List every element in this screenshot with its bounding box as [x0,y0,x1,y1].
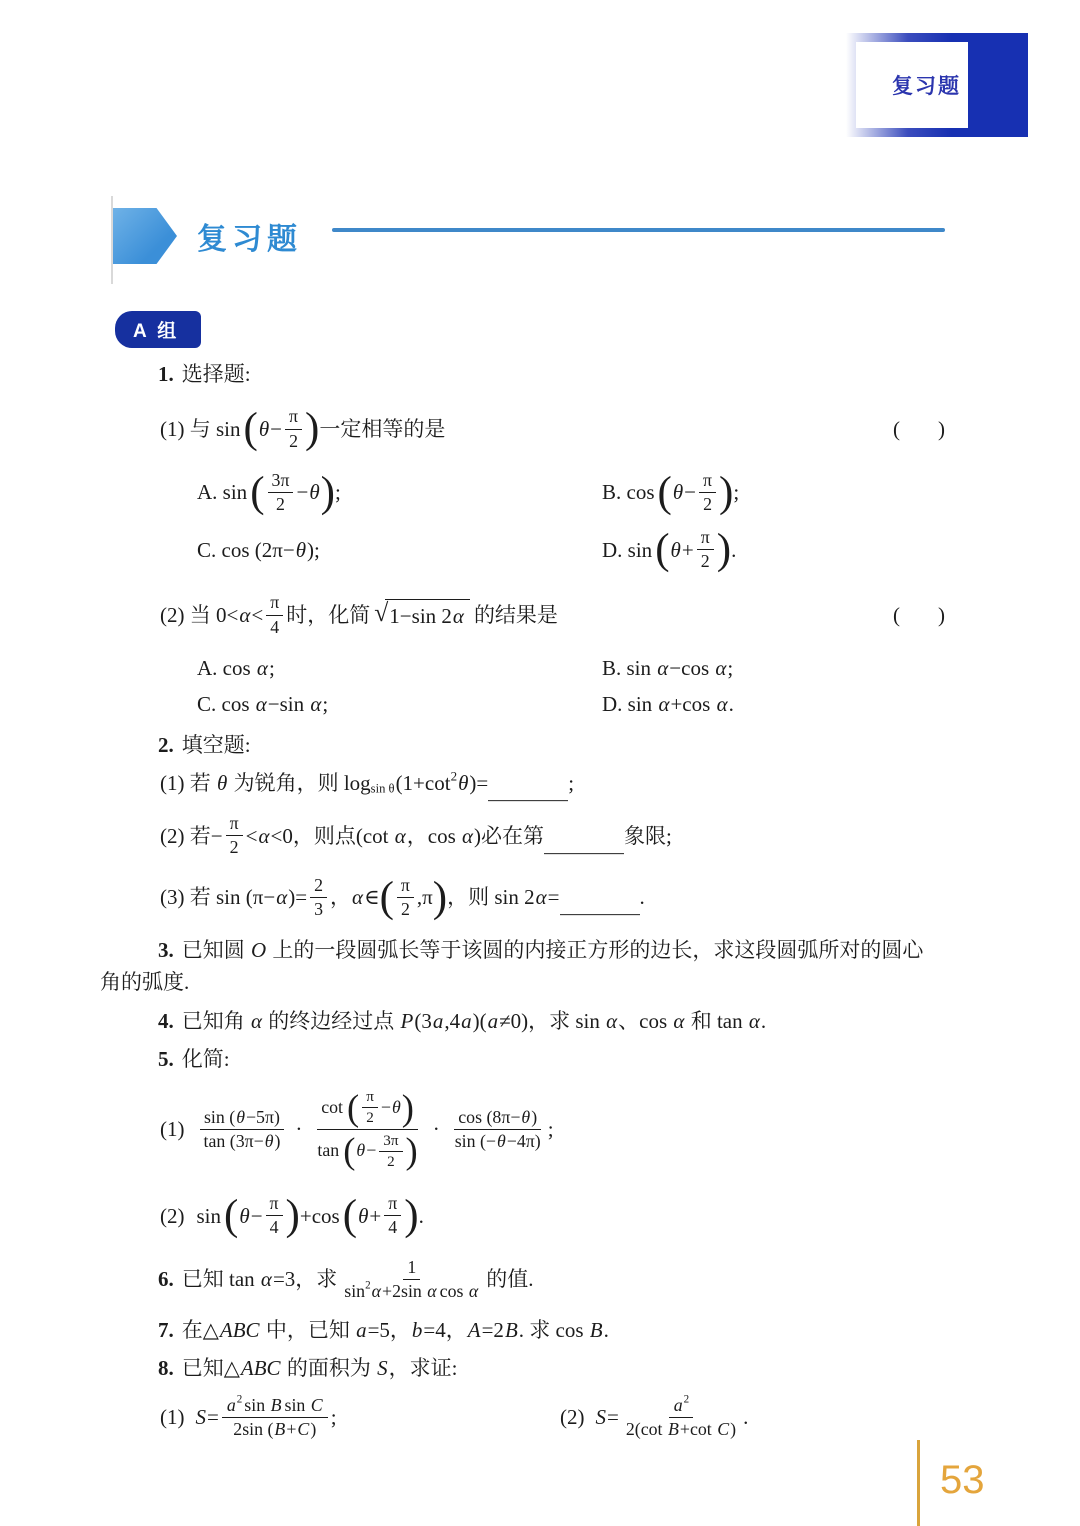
text-run: − [270,415,282,443]
math-variable: B [273,1418,286,1441]
fraction-numerator: cos (8π−θ) [454,1106,541,1130]
text-run: (2) [160,1202,185,1230]
text-run: 2 [401,898,410,921]
fraction-denominator: 2 [697,550,714,573]
problem-line: C. cos (2π−θ);D. sin(θ+π2). [100,525,945,574]
text-run: =3，求 [273,1265,337,1293]
math-variable: S [195,1403,208,1431]
text-run: − [684,478,696,506]
text-run: 2 [314,874,323,897]
math-fraction: 23 [310,874,327,921]
math-fraction: π2 [699,469,716,516]
text-run: + [286,1418,296,1441]
text-run: π [289,405,298,428]
text-run: − [251,1202,263,1230]
fraction-denominator: 2 [699,493,716,516]
text-run: (3) 若 sin (π− [160,883,275,911]
fraction-numerator: π [362,1087,378,1108]
problem-line: (1)sin (θ−5π)tan (3π−θ)·cot(π2−θ)tan(θ−3… [100,1085,945,1173]
fraction-denominator: 2 [397,898,414,921]
math-fraction: cot(π2−θ)tan(θ−3π2) [313,1086,421,1172]
problem-line: (2) 当 0<α<π4时，化简√1−sin 2α的结果是() [100,590,945,639]
math-fraction: 3π2 [379,1131,402,1171]
math-variable: B [667,1418,680,1441]
text-run: ) [938,415,945,443]
math-fraction: 3π2 [268,469,294,516]
fraction-denominator: sin2α+2sin αcos α [340,1280,483,1303]
math-variable: θ [308,478,320,506]
blank-underline [488,779,568,801]
text-run: · [433,1115,440,1143]
math-variable: θ [672,478,684,506]
arrow-right-icon [113,208,177,264]
big-paren: ( [658,475,672,510]
text-run: − [296,478,308,506]
problem-line: 7.在△ABC 中，已知 a=5，b=4，A=2B. 求 cos B. [100,1316,945,1344]
text-run: = [548,883,560,911]
text-run: 已知 tan [182,1265,260,1293]
problem-number: 1. [158,360,174,388]
text-run: +cos [300,1202,340,1230]
text-run: (2) 当 0< [160,601,238,629]
big-paren: ) [433,880,447,915]
big-paren: ) [406,1136,418,1166]
text-run: ( [893,415,900,443]
text-run: ) [938,601,945,629]
text-run: 2 [276,493,285,516]
page-number: 53 [940,1458,985,1503]
math-fraction: sin (θ−5π)tan (3π−θ) [200,1106,285,1153]
problem-number: 5. [158,1045,174,1073]
text-run: sin [197,1202,222,1230]
problem-line: (1) 与 sin(θ−π2)一定相等的是() [100,404,945,453]
math-variable: a [487,1007,500,1035]
problem-number: 3. [158,936,174,964]
math-variable: θ [216,769,228,797]
fraction-denominator: 2(cot B+cot C) [622,1418,740,1441]
math-variable: P [400,1007,415,1035]
text-run: . [640,883,645,911]
text-run: cot [321,1096,343,1119]
fraction-numerator: 1 [403,1256,420,1280]
fraction-numerator: 3π [379,1131,402,1152]
text-run: . 求 cos [519,1316,589,1344]
problem-number: 7. [158,1316,174,1344]
math-variable: α [748,1007,761,1035]
text-run: 1 [407,1256,416,1279]
text-run: 化简: [182,1045,230,1073]
problem-line: 6.已知 tan α=3，求1sin2α+2sin αcos α的值. [100,1255,945,1304]
text-run: 填空题: [182,731,251,759]
text-run: . [604,1316,609,1344]
math-fraction: π2 [226,812,243,859]
text-run: tan [317,1139,339,1162]
text-run: ) [730,1418,736,1441]
text-run: )= [288,883,307,911]
math-variable: α [250,1007,263,1035]
math-variable: ABC [219,1316,261,1344]
math-variable: α [394,822,407,850]
text-run: 已知△ [182,1354,240,1382]
text-run: 的值. [486,1265,533,1293]
option-column: C. cos (2π−θ); [197,536,602,564]
text-run: =4， [423,1316,466,1344]
big-paren: ( [250,475,264,510]
text-run: −cos [669,654,714,682]
text-run: ， [330,883,351,911]
big-paren: ( [380,880,394,915]
text-run: π [388,1192,397,1215]
fraction-denominator: 2 [383,1152,399,1172]
text-run: − [366,1139,376,1162]
math-variable: a [226,1394,237,1417]
math-variable: B [270,1394,283,1417]
problem-line: 5.化简: [100,1045,945,1073]
fraction-numerator: π [266,1192,283,1216]
radical-sign: √ [374,600,388,626]
fraction-denominator: 3 [310,898,327,921]
text-run: ( [893,601,900,629]
text-run: B. cos [602,478,655,506]
math-variable: θ [496,1130,507,1153]
text-run: 3π [272,469,290,492]
text-run: π [270,1192,279,1215]
big-paren: ( [224,1198,238,1233]
math-fraction: π2 [697,526,714,573]
fraction-denominator: 4 [266,616,283,639]
math-variable: a [355,1316,368,1344]
math-variable: B [504,1316,519,1344]
text-run: . [743,1403,748,1431]
math-fraction: π2 [397,874,414,921]
text-run: <0，则点(cot [270,822,393,850]
math-variable: α [716,690,729,718]
problem-line: (2) 若−π2<α<0，则点(cot α，cos α)必在第象限; [100,811,945,860]
text-run: . [731,536,736,564]
text-run: +cos [670,690,715,718]
math-fraction: 1sin2α+2sin αcos α [340,1256,483,1303]
text-run: 2 [701,550,710,573]
text-run: 的结果是 [474,601,558,629]
fraction-denominator: 2 [362,1108,378,1128]
problem-line: (3) 若 sin (π−α)=23，α∈(π2,π)，则 sin 2α=. [100,873,945,922]
text-run: 角的弧度. [100,968,189,996]
text-run: =5， [368,1316,411,1344]
text-run: )( [473,1007,487,1035]
big-paren: ) [286,1198,300,1233]
fraction-denominator: tan(θ−3π2) [313,1130,421,1172]
text-run: ; [727,654,733,682]
text-run: < [251,601,263,629]
fraction-numerator: π [226,812,243,836]
math-variable: α [656,654,669,682]
group-a-badge: A 组 [115,311,201,348]
text-run: B. sin [602,654,656,682]
math-variable: S [376,1354,389,1382]
text-run: 4 [270,616,279,639]
text-run: ); [307,536,320,564]
math-variable: α [461,822,474,850]
math-variable: α [672,1007,685,1035]
text-run: 3 [314,898,323,921]
text-run: ，求证: [389,1354,458,1382]
text-run: π [703,469,712,492]
math-variable: α [255,690,268,718]
math-variable: θ [264,1130,275,1153]
text-run: +2sin [382,1280,426,1303]
text-run: 、cos [618,1007,672,1035]
text-run: = [607,1403,619,1431]
header-rule [332,228,945,232]
problem-line: A. sin(3π2−θ);B. cos(θ−π2); [100,468,945,517]
text-run: (1+cot [396,769,451,797]
text-run: ，则 sin 2 [447,883,535,911]
math-fraction: a2sin Bsin C2sin (B+C) [222,1394,328,1441]
option-column: B. sin α−cos α; [602,654,945,682]
text-run: (1) [160,1403,185,1431]
text-run: C. cos [197,690,255,718]
radicand: 1−sin 2α [385,599,470,630]
big-paren: ) [305,411,319,446]
text-run: 2 [366,1108,374,1128]
math-fraction: a22(cot B+cot C) [622,1394,740,1441]
math-fraction: π2 [362,1087,378,1127]
math-fraction: π4 [266,591,283,638]
text-run: 2sin ( [233,1418,273,1441]
fraction-numerator: cot(π2−θ) [317,1086,418,1129]
problem-line: 3.已知圆 O 上的一段圆弧长等于该圆的内接正方形的边长，求这段圆弧所对的圆心 [100,936,945,964]
text-run: 象限; [624,822,672,850]
problem-number: 6. [158,1265,174,1293]
problem-line: 2.填空题: [100,731,945,759]
math-variable: b [411,1316,424,1344]
math-fraction: π4 [266,1192,283,1239]
text-run: 一定相等的是 [319,415,445,443]
text-run: · [295,1115,302,1143]
text-run: 时，化简 [286,601,370,629]
math-variable: a [460,1007,473,1035]
fraction-denominator: 4 [266,1216,283,1239]
option-column: A. cos α; [197,654,602,682]
text-run: < [246,822,258,850]
math-variable: S [595,1403,608,1431]
option-column: C. cos α−sin α; [197,690,602,718]
text-run: + [682,536,694,564]
text-run: D. sin [602,536,652,564]
text-run: ) [531,1106,537,1129]
math-variable: θ [235,1106,246,1129]
math-variable: α [468,1280,479,1303]
math-variable: θ [357,1202,369,1230]
problems-list: 1.选择题:(1) 与 sin(θ−π2)一定相等的是()A. sin(3π2−… [100,360,945,1442]
option-column: D. sin α+cos α. [602,690,945,718]
text-run: ,π [417,883,433,911]
fraction-numerator: 3π [268,469,294,493]
problem-line: C. cos α−sin α;D. sin α+cos α. [100,690,945,718]
text-run: sin ( [204,1106,235,1129]
text-run: 为锐角，则 log [228,769,370,797]
math-variable: O [250,936,267,964]
text-run: 已知角 [182,1007,250,1035]
big-paren: ) [402,1093,414,1123]
text-run: ; [331,1403,337,1431]
text-run: (2) [560,1403,585,1431]
text-run: sin [244,1394,269,1417]
text-run: (3 [414,1007,432,1035]
math-variable: α [426,1280,437,1303]
text-run: . [729,690,734,718]
text-run: 2 [703,493,712,516]
math-variable: θ [238,1202,250,1230]
fraction-numerator: 2 [310,874,327,898]
text-run: 2 [289,430,298,453]
math-variable: C [716,1418,730,1441]
math-variable: θ [295,536,307,564]
big-paren: ( [347,1093,359,1123]
math-variable: a [673,1394,684,1417]
text-run: . [761,1007,766,1035]
fraction-denominator: 2 [285,430,302,453]
text-run: (2) 若− [160,822,223,850]
text-run: 已知圆 [182,936,250,964]
text-run: ∈ [364,883,380,911]
problem-line: 8.已知△ABC 的面积为 S，求证: [100,1354,945,1382]
big-paren: ) [404,1198,418,1233]
problem-number: 8. [158,1354,174,1382]
text-run: + [369,1202,381,1230]
option-column: B. cos(θ−π2); [602,468,945,517]
problem-line: 1.选择题: [100,360,945,388]
math-fraction: π2 [285,405,302,452]
text-run: ; [548,1115,554,1143]
text-run: 3π [383,1131,398,1151]
fraction-denominator: 4 [384,1216,401,1239]
math-variable: ABC [240,1354,282,1382]
text-run: D. sin [602,690,657,718]
text-run: 上的一段圆弧长等于该圆的内接正方形的边长，求这段圆弧所对的圆心 [267,936,923,964]
text-run: (1) 与 sin [160,415,241,443]
problem-line: (2)sin(θ−π4)+cos(θ+π4). [100,1191,945,1240]
math-variable: α [309,690,322,718]
fraction-numerator: π [699,469,716,493]
text-run: = [207,1403,219,1431]
math-variable: θ [355,1139,366,1162]
text-run: π [401,874,410,897]
problem-line: A. cos α;B. sin α−cos α; [100,654,945,682]
fraction-numerator: π [384,1192,401,1216]
superscript: 2 [451,768,458,786]
fraction-denominator: 2 [272,493,289,516]
text-run: sin [285,1394,310,1417]
text-run: . [419,1202,424,1230]
text-run: ; [733,478,739,506]
text-run: A. sin [197,478,247,506]
text-run: cos [440,1280,468,1303]
page-title: 复习题 [197,214,302,258]
fraction-numerator: π [397,874,414,898]
footer-rule [917,1440,920,1526]
text-run: 选择题: [182,360,251,388]
math-variable: α [371,1280,382,1303]
big-paren: ) [321,475,335,510]
math-variable: α [714,654,727,682]
text-run: 4 [270,1216,279,1239]
fraction-denominator: tan (3π−θ) [200,1130,285,1153]
fraction-denominator: 2sin (B+C) [229,1418,320,1441]
text-run: −4π) [507,1130,541,1153]
math-variable: α [351,883,364,911]
text-run: 和 tan [685,1007,747,1035]
fraction-numerator: π [285,405,302,429]
math-variable: a [432,1007,445,1035]
math-variable: θ [457,769,469,797]
superscript: 2 [365,1279,371,1293]
problem-line: (1)S=a2sin Bsin C2sin (B+C);(2)S=a22(cot… [100,1393,945,1442]
text-run: ; [322,690,328,718]
math-variable: θ [520,1106,531,1129]
text-run: sin (− [455,1130,496,1153]
text-run: ≠0)，求 sin [499,1007,605,1035]
problem-number: 2. [158,731,174,759]
problem-number: 4. [158,1007,174,1035]
text-run: ) [274,1130,280,1153]
text-run: sin [344,1280,365,1303]
option-column: (2)S=a22(cot B+cot C). [560,1393,945,1442]
text-run: π [230,812,239,835]
big-paren: ) [719,475,733,510]
text-run: (1) [160,1115,185,1143]
math-variable: α [657,690,670,718]
math-variable: α [605,1007,618,1035]
math-fraction: π4 [384,1192,401,1239]
corner-tab-label: 复习题 [856,42,968,128]
text-run: 中，已知 [261,1316,356,1344]
fraction-numerator: π [266,591,283,615]
text-run: π [701,526,710,549]
fraction-numerator: π [697,526,714,550]
big-paren: ( [655,532,669,567]
math-variable: C [296,1418,310,1441]
text-run: A. cos [197,654,256,682]
text-run: ，cos [407,822,461,850]
text-run: tan (3π− [204,1130,264,1153]
math-variable: α [452,602,465,630]
math-variable: α [260,1265,273,1293]
text-run: cos (8π− [458,1106,520,1129]
text-run: π [366,1087,374,1107]
text-run: )= [469,769,488,797]
superscript: 2 [684,1393,690,1407]
text-run: +cot [680,1418,716,1441]
fraction-numerator: sin (θ−5π) [200,1106,284,1130]
fraction-numerator: a2sin Bsin C [222,1394,328,1418]
text-run: −sin [268,690,310,718]
option-column: A. sin(3π2−θ); [197,468,602,517]
text-run: ; [269,654,275,682]
blank-underline [560,893,640,915]
problem-line: (1) 若 θ 为锐角，则 logsin θ(1+cot2θ)=; [100,769,945,797]
text-run: 2 [230,836,239,859]
math-fraction: cos (8π−θ)sin (−θ−4π) [451,1106,545,1153]
math-variable: α [257,822,270,850]
big-paren: ( [343,1198,357,1233]
blank-underline [544,832,624,854]
superscript: 2 [237,1393,243,1407]
math-variable: α [256,654,269,682]
math-variable: α [275,883,288,911]
big-paren: ( [343,1136,355,1166]
math-variable: θ [391,1096,402,1119]
